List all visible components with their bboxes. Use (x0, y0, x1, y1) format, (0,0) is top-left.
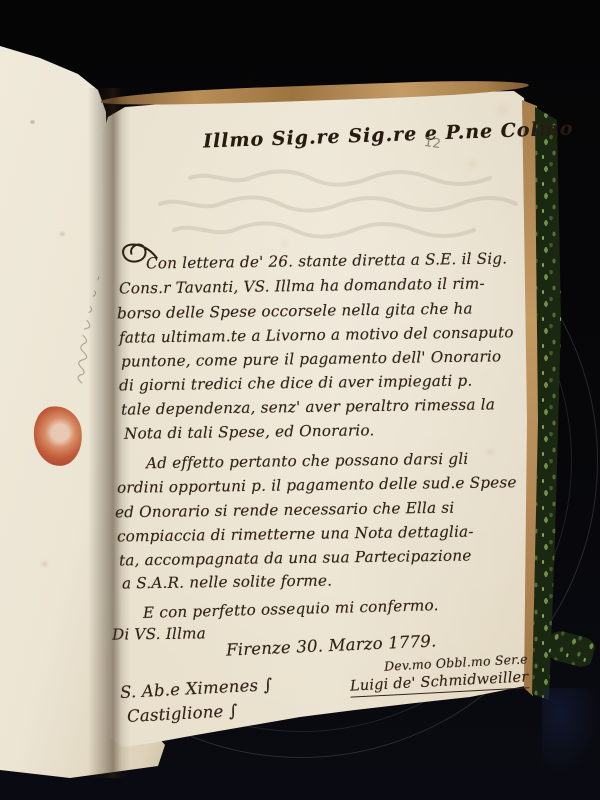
body-line: a S.A.R. nelle solite forme. (122, 572, 332, 593)
manuscript-photo: Illmo Sig.re Sig.re e P.ne Colmo 12 Con … (0, 0, 600, 800)
sender-reference: Di VS. Illma (112, 624, 206, 643)
body-line: Nota di tali Spese, ed Onorario. (124, 421, 375, 442)
folio-number-pencil: 12 (423, 135, 442, 152)
foxing-spots (30, 120, 35, 124)
showthrough-ghost-text (130, 160, 530, 250)
marbled-board-corner (545, 629, 597, 670)
cloth-binding-hint (542, 688, 600, 773)
